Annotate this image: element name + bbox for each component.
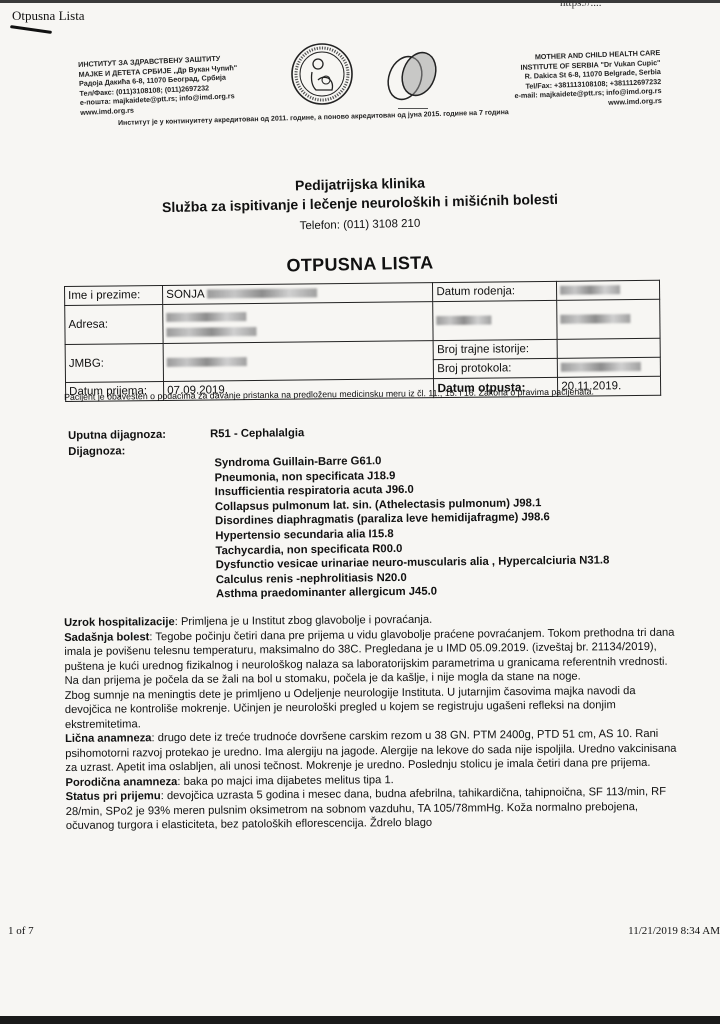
page-bottom-edge [0, 1016, 720, 1024]
redacted-surname [207, 289, 317, 299]
cause-label: Uzrok hospitalizacije [64, 616, 175, 629]
clinical-history: Uzrok hospitalizacije: Primljena je u In… [64, 611, 678, 834]
present-illness-paragraph-2: Zbog sumnje na meningtis dete je primlje… [65, 683, 677, 732]
cause-text: : Primljena je u Institut zbog glavobolj… [175, 614, 433, 628]
family-history-label: Porodična anamneza [65, 776, 177, 789]
redacted-value-cell [557, 299, 660, 339]
redacted-jmbg [167, 357, 247, 367]
protocol-value [558, 357, 661, 377]
family-history-text: : baka po majci ima dijabetes melitus ti… [177, 774, 394, 788]
pen-mark [10, 25, 52, 34]
present-illness-label: Sadašnja bolest [64, 631, 149, 644]
institute-seal-logo-icon [290, 42, 354, 106]
page-counter: 1 of 7 [8, 925, 34, 937]
admission-status-paragraph: Status pri prijemu: devojčica uzrasta 5 … [66, 785, 678, 834]
redacted-address-line [167, 326, 257, 336]
referral-diagnosis-label: Uputna dijagnoza: [68, 428, 210, 442]
jmbg-value [163, 341, 434, 382]
patient-info-table: Ime i prezime: SONJA Datum rodenja: Adre… [64, 280, 661, 402]
personal-history-text: : drugo dete iz treće trudnoće dovršene … [65, 728, 676, 774]
referral-diagnosis-row: Uputna dijagnoza: R51 - Cephalalgia [68, 427, 304, 442]
dob-label: Datum rodenja: [433, 281, 557, 301]
redacted-protocol [561, 362, 641, 372]
document-title: OTPUSNA LISTA [0, 246, 720, 282]
personal-history-label: Lična anamneza [65, 732, 152, 745]
address-label: Adresa: [65, 304, 164, 344]
institute-header-english: MOTHER AND CHILD HEALTH CARE INSTITUTE O… [470, 48, 662, 112]
table-row: Adresa: [65, 299, 660, 344]
personal-history-paragraph: Lična anamneza: drugo dete iz treće trud… [65, 727, 677, 776]
present-illness-paragraph: Sadašnja bolest: Tegobe počinju četiri d… [64, 625, 676, 688]
page-top-edge [0, 0, 720, 3]
redacted-label-cell [433, 300, 557, 340]
accreditation-caption: ▬▬▬▬▬▬▬▬▬▬ [375, 106, 451, 110]
history-value [557, 338, 660, 358]
address-value [163, 302, 434, 344]
history-label: Broj trajne istorije: [433, 339, 557, 359]
print-timestamp: 11/21/2019 8:34 AM [628, 925, 720, 937]
redacted-label [437, 316, 492, 326]
protocol-label: Broj protokola: [434, 358, 558, 378]
present-illness-text: : Tegobe počinju četiri dana pre prijema… [64, 626, 674, 687]
admission-status-label: Status pri prijemu [66, 790, 161, 803]
referral-diagnosis-value: R51 - Cephalalgia [210, 427, 304, 440]
print-url-fragment: https://.... [560, 0, 602, 9]
dob-value [557, 280, 660, 300]
redacted-value [561, 315, 631, 325]
name-value-text: SONJA [166, 289, 204, 301]
diagnosis-label: Dijagnoza: [68, 444, 210, 458]
institute-header-cyrillic: ИНСТИТУТ ЗА ЗДРАВСТВЕНУ ЗАШТИТУ МАЈКЕ И … [78, 51, 285, 117]
redacted-address-line [166, 312, 246, 322]
name-label: Ime i prezime: [65, 285, 163, 305]
redacted-dob [560, 286, 620, 296]
diagnosis-list: Syndroma Guillain-Barre G61.0 Pneumonia,… [214, 451, 609, 602]
accreditation-logo-icon [383, 46, 441, 104]
print-header-title: Otpusna Lista [12, 8, 85, 24]
diagnosis-section: Uputna dijagnoza: R51 - Cephalalgia Dija… [68, 427, 304, 458]
jmbg-label: JMBG: [65, 343, 164, 382]
